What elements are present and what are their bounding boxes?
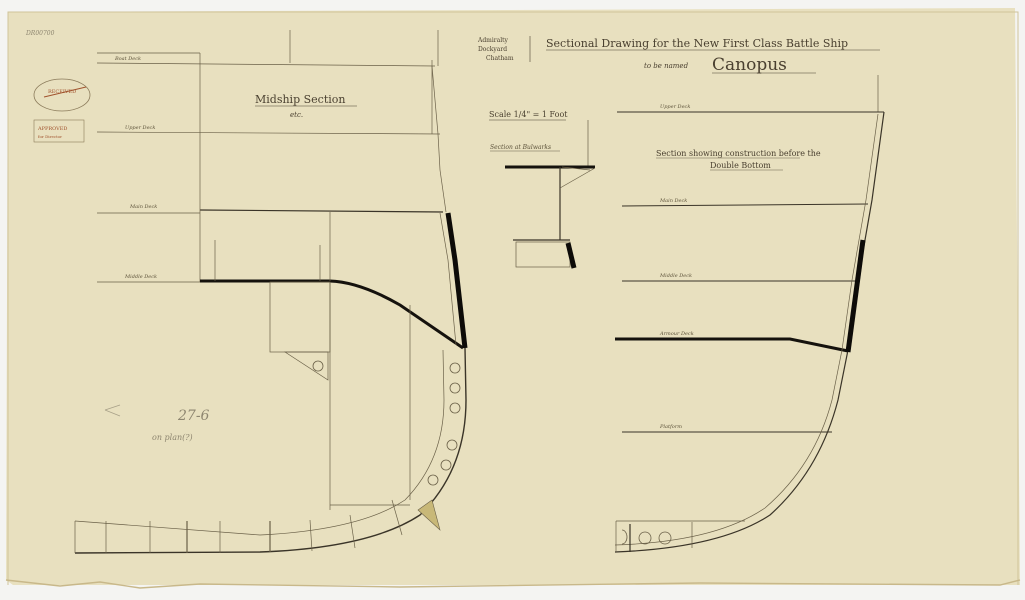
svg-text:Dockyard: Dockyard — [478, 46, 507, 53]
svg-text:Main Deck: Main Deck — [129, 204, 157, 210]
svg-text:Upper Deck: Upper Deck — [660, 104, 690, 110]
ship-name: Canopus — [712, 55, 787, 75]
svg-text:Chatham: Chatham — [486, 55, 514, 62]
paper — [6, 8, 1020, 590]
scale-label: Scale 1/4" = 1 Foot — [489, 110, 568, 119]
svg-text:Section at Bulwarks: Section at Bulwarks — [490, 144, 551, 151]
svg-text:Middle Deck: Middle Deck — [659, 273, 692, 279]
svg-text:Armour Deck: Armour Deck — [659, 331, 694, 337]
svg-text:Upper Deck: Upper Deck — [125, 125, 155, 131]
svg-text:Boat Deck: Boat Deck — [114, 56, 141, 62]
svg-text:27-6: 27-6 — [177, 408, 210, 424]
svg-text:etc.: etc. — [290, 111, 303, 119]
svg-text:Double Bottom: Double Bottom — [710, 161, 771, 170]
svg-text:Platform: Platform — [659, 424, 682, 430]
svg-text:for Director: for Director — [38, 134, 62, 139]
ship-drawing-sheet: DR00700 RECEIVED APPROVED for Director A… — [0, 0, 1025, 600]
svg-text:Admiralty: Admiralty — [477, 37, 509, 44]
svg-text:Middle Deck: Middle Deck — [124, 274, 157, 280]
corner-ref: DR00700 — [25, 30, 55, 37]
midship-section-title: Midship Section — [255, 93, 345, 106]
svg-text:to be named: to be named — [644, 62, 689, 70]
svg-text:APPROVED: APPROVED — [37, 126, 67, 132]
svg-text:Main Deck: Main Deck — [659, 198, 687, 204]
svg-text:RECEIVED: RECEIVED — [48, 89, 76, 95]
drawing-title: Sectional Drawing for the New First Clas… — [546, 37, 848, 50]
svg-text:on plan(?): on plan(?) — [152, 433, 193, 442]
svg-text:Section showing construction b: Section showing construction before the — [656, 149, 821, 158]
